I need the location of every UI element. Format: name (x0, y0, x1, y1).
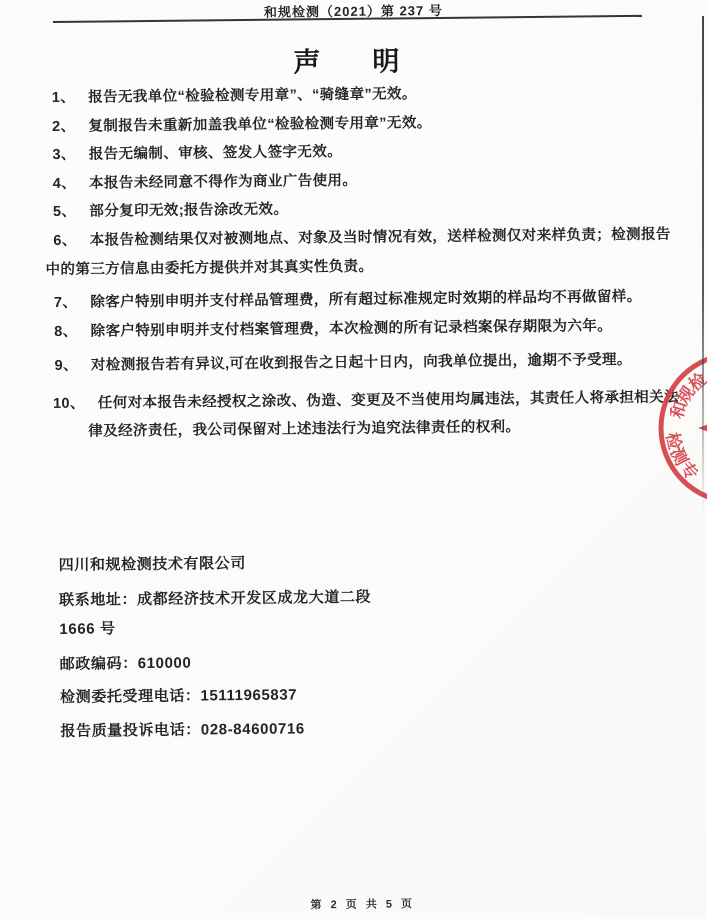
declaration-item-6: 6、本报告检测结果仅对被测地点、对象及当时情况有效，送样检测仅对来样负责；检测报… (53, 225, 671, 251)
item-number: 7、 (54, 295, 78, 311)
item-number: 9、 (55, 358, 79, 374)
item-text: 中的第三方信息由委托方提供并对其真实性负责。 (46, 259, 374, 278)
item-text: 对检测报告若有异议,可在收到报告之日起十日内，向我单位提出，逾期不予受理。 (91, 352, 632, 374)
item-text: 复制报告未重新加盖我单位“检验检测专用章”无效。 (88, 115, 431, 135)
item-text: 本报告未经同意不得作为商业广告使用。 (89, 173, 357, 192)
declaration-item-8: 8、除客户特别申明并支付档案管理费，本次检测的所有记录档案保存期限为六年。 (54, 316, 612, 342)
declaration-item-6-cont: 中的第三方信息由委托方提供并对其真实性负责。 (46, 257, 374, 280)
item-number: 10、 (53, 396, 85, 412)
contact-address-line1: 联系地址：成都经济技术开发区成龙大道二段 (59, 588, 371, 611)
declaration-item-1: 1、报告无我单位“检验检测专用章”、“骑缝章”无效。 (52, 84, 417, 108)
item-text: 本报告检测结果仅对被测地点、对象及当时情况有效，送样检测仅对来样负责；检测报告 (90, 227, 671, 249)
paging-seal-icon: 和 规 检 检 测 专 (648, 340, 707, 520)
item-text: 任何对本报告未经授权之涂改、伪造、变更及不当使用均属违法，其责任人将承担相关法 (98, 389, 679, 411)
item-number: 5、 (53, 204, 77, 220)
declaration-item-7: 7、除客户特别申明并支付样品管理费，所有超过标准规定时效期的样品均不再做留样。 (54, 287, 642, 313)
title-char: 明 (372, 48, 399, 75)
item-text: 部分复印无效;报告涂改无效。 (89, 202, 288, 220)
declaration-item-3: 3、报告无编制、审核、签发人签字无效。 (52, 142, 342, 165)
item-text: 报告无编制、审核、签发人签字无效。 (89, 144, 342, 163)
item-text: 报告无我单位“检验检测专用章”、“骑缝章”无效。 (88, 86, 417, 105)
item-number: 2、 (52, 119, 76, 135)
seal-star-icon (692, 391, 707, 460)
declaration-item-4: 4、本报告未经同意不得作为商业广告使用。 (53, 171, 358, 194)
declaration-item-9: 9、对检测报告若有异议,可在收到报告之日起十日内，向我单位提出，逾期不予受理。 (55, 350, 632, 376)
company-name: 四川和规检测技术有限公司 (59, 554, 246, 576)
page-indicator: 第 2 页 共 5 页 (9, 892, 707, 915)
declaration-item-2: 2、复制报告未重新加盖我单位“检验检测专用章”无效。 (52, 113, 432, 137)
item-number: 1、 (52, 90, 76, 106)
contact-address-line2: 1666 号 (59, 619, 115, 640)
declaration-item-10-cont: 律及经济责任，我公司保留对上述违法行为追究法律责任的权利。 (88, 417, 520, 442)
seal-group: 和 规 检 检 测 专 (661, 354, 707, 502)
item-text: 除客户特别申明并支付档案管理费，本次检测的所有记录档案保存期限为六年。 (91, 318, 613, 339)
document-page: 和规检测（2021）第 237 号 声 明 1、报告无我单位“检验检测专用章”、… (0, 0, 707, 919)
item-number: 8、 (54, 324, 78, 340)
title-char: 声 (293, 49, 320, 76)
item-number: 4、 (53, 176, 77, 192)
complaint-phone: 报告质量投诉电话：028-84600716 (60, 719, 305, 742)
postal-code: 邮政编码：610000 (60, 654, 192, 675)
declaration-item-5: 5、部分复印无效;报告涂改无效。 (53, 200, 289, 222)
item-text: 除客户特别申明并支付样品管理费，所有超过标准规定时效期的样品均不再做留样。 (90, 289, 641, 311)
scan-page-edge (702, 16, 704, 516)
page-title: 声 明 (293, 48, 399, 76)
item-number: 6、 (53, 233, 77, 249)
page-tilt-layer: 和规检测（2021）第 237 号 声 明 1、报告无我单位“检验检测专用章”、… (0, 0, 707, 919)
declaration-item-10: 10、任何对本报告未经授权之涂改、伪造、变更及不当使用均属违法，其责任人将承担相… (53, 387, 679, 414)
item-number: 3、 (52, 147, 76, 163)
item-text: 律及经济责任，我公司保留对上述违法行为追究法律责任的权利。 (88, 419, 520, 440)
commission-phone: 检测委托受理电话：15111965837 (60, 685, 297, 707)
